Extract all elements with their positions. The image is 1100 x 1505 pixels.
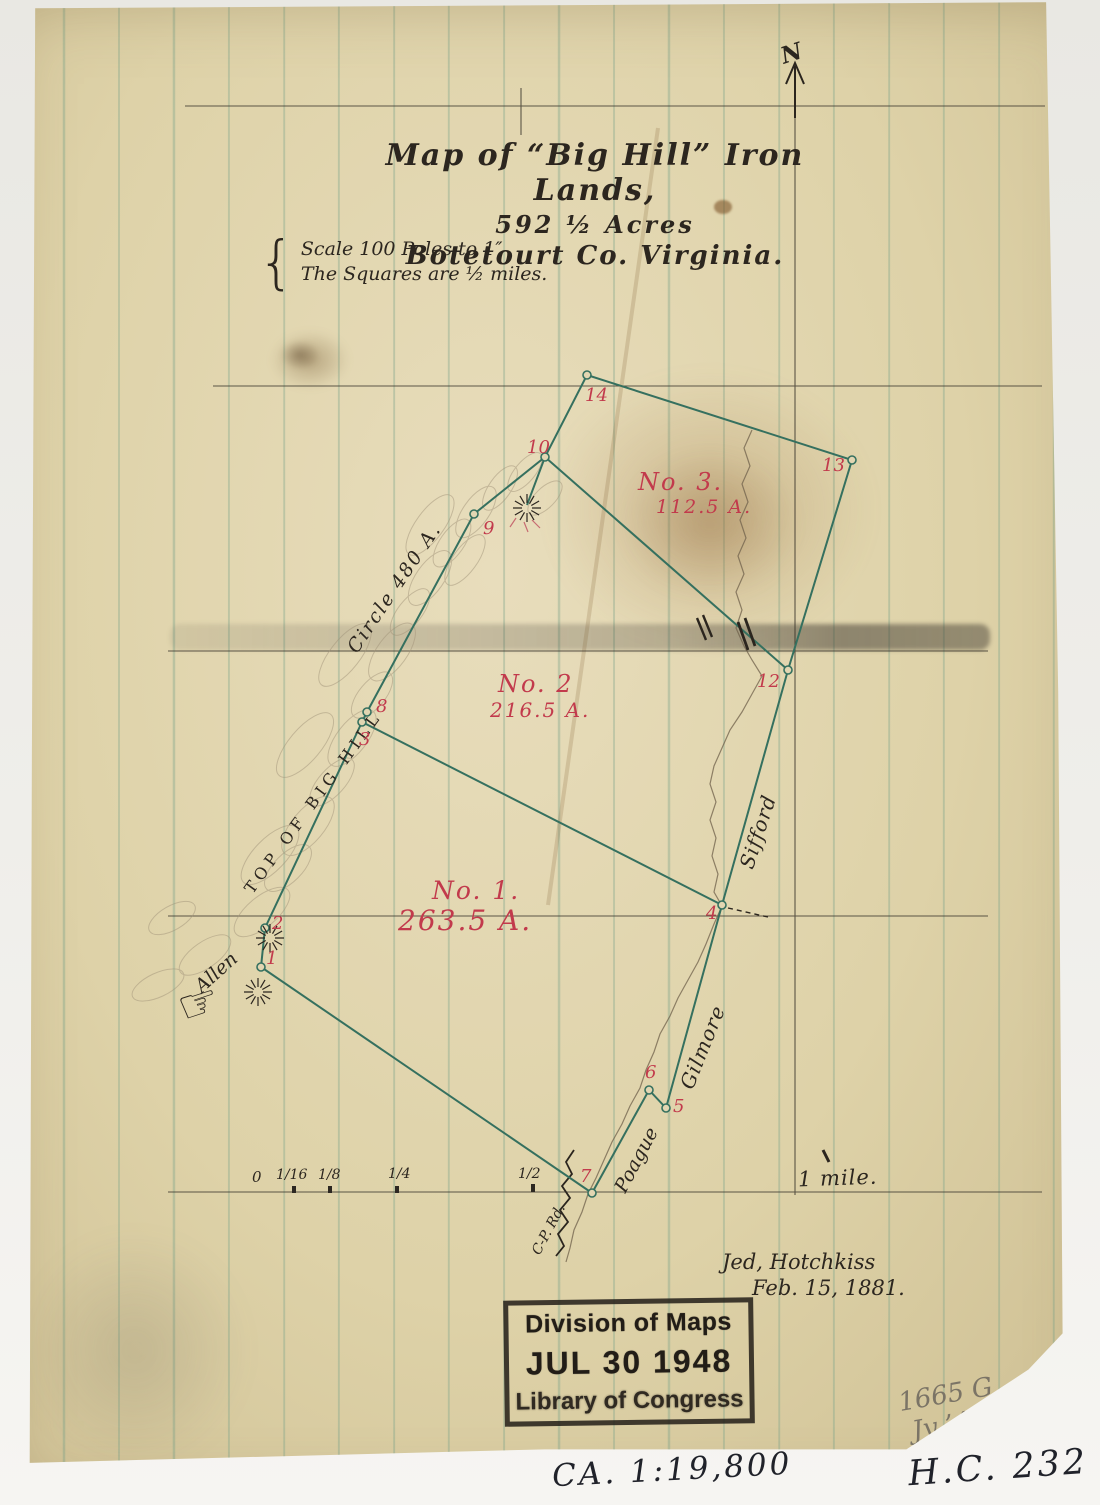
- survey-point-label-4: 4: [706, 903, 717, 924]
- survey-point-label-13: 13: [822, 455, 845, 476]
- survey-point-label-5: 5: [673, 1096, 684, 1117]
- scale-note: { Scale 100 Poles to 1″ The Squares are …: [258, 236, 547, 288]
- parcel-1-acreage: 263.5 A.: [398, 904, 532, 937]
- parcel-1-name: No. 1.: [432, 876, 520, 905]
- north-arrow-icon: [786, 63, 804, 118]
- survey-point-label-3: 3: [359, 729, 370, 750]
- survey-point-label-7: 7: [580, 1166, 591, 1187]
- one-mile-label: 1 mile.: [798, 1165, 878, 1192]
- parcel-3-name: No. 3.: [638, 468, 723, 496]
- boundary-tick-marks: [697, 615, 829, 1162]
- red-hachures: [510, 518, 540, 532]
- parcel-3-acreage: 112.5 A.: [656, 496, 752, 518]
- approx-scale-note: CA. 1:19,800: [551, 1446, 793, 1495]
- scale-bar-label-18: 1/8: [318, 1167, 341, 1183]
- survey-point-label-14: 14: [585, 385, 608, 406]
- scale-bar-label-116: 1/16: [276, 1167, 307, 1183]
- survey-point-label-1: 1: [266, 948, 277, 969]
- parcel-2-name: No. 2: [498, 670, 574, 698]
- scale-note-line2: The Squares are ½ miles.: [301, 262, 547, 287]
- library-stamp: Division of Maps JUL 30 1948 Library of …: [503, 1297, 755, 1426]
- map-title-line2: 592 ½ Acres: [330, 210, 860, 239]
- survey-point-label-8: 8: [376, 696, 387, 717]
- parcel-2-acreage: 216.5 A.: [490, 698, 590, 722]
- survey-point-label-6: 6: [645, 1062, 656, 1083]
- survey-point-label-9: 9: [483, 518, 494, 539]
- stamp-line1: Division of Maps: [525, 1308, 732, 1340]
- map-title-line1: Map of “Big Hill” Iron Lands,: [330, 138, 860, 208]
- scale-bar-label-14: 1/4: [388, 1166, 411, 1182]
- signature-name: Jed, Hotchkiss: [722, 1250, 875, 1274]
- stamp-line3: Library of Congress: [515, 1385, 743, 1416]
- parcel-division-line-1-2: [362, 722, 722, 905]
- survey-point-label-2: 2: [272, 913, 283, 934]
- survey-point-label-10: 10: [527, 437, 550, 458]
- map-sheet: ☞ N Map of “Big Hill” Iron Lands, 592 ½ …: [0, 0, 1100, 1505]
- scale-note-brace: {: [258, 236, 295, 288]
- stream-line: [566, 430, 762, 1262]
- call-number-note: H.C. 232: [907, 1442, 1090, 1494]
- scale-note-line1: Scale 100 Poles to 1″: [301, 237, 547, 262]
- stamp-line2: JUL 30 1948: [526, 1343, 733, 1383]
- survey-boundary: [261, 375, 852, 1193]
- scale-bar-label-0: 0: [252, 1168, 262, 1186]
- survey-point-label-12: 12: [757, 671, 780, 692]
- signature-date: Feb. 15, 1881.: [752, 1276, 905, 1300]
- scale-bar-label-12: 1/2: [518, 1166, 541, 1182]
- scanned-map-page: ☞ N Map of “Big Hill” Iron Lands, 592 ½ …: [0, 0, 1100, 1505]
